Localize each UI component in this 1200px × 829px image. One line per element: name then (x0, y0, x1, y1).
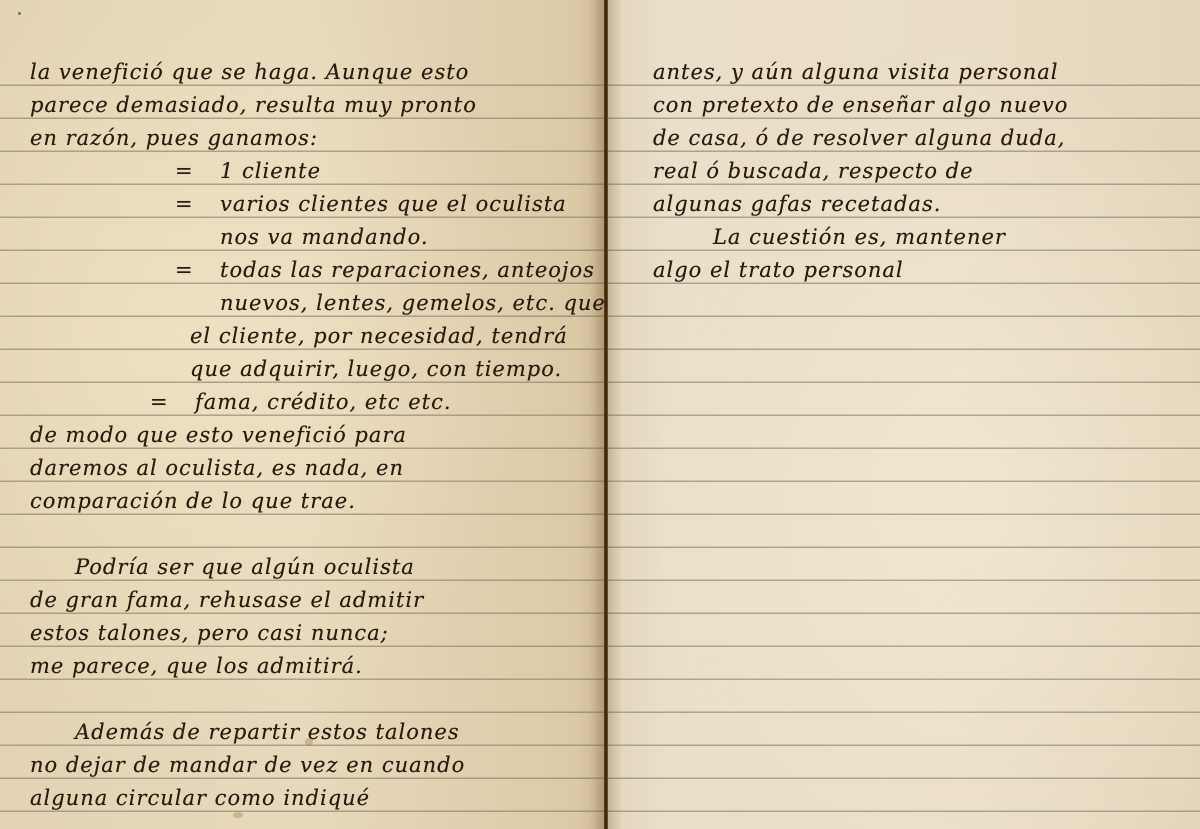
list-item: =fama, crédito, etc etc. (0, 386, 604, 419)
right-page-text: antes, y aún alguna visita personal con … (608, 56, 1200, 287)
list-item-continuation: nos va mandando. (0, 221, 604, 254)
text-line: de casa, ó de resolver alguna duda, (608, 122, 1200, 155)
text-line: daremos al oculista, es nada, en (0, 452, 604, 485)
speck (18, 12, 21, 15)
list-item-text: varios clientes que el oculista (220, 192, 567, 216)
text-line: la venefició que se haga. Aunque esto (0, 56, 604, 89)
list-item-continuation: el cliente, por necesidad, tendrá (0, 320, 604, 353)
right-page: antes, y aún alguna visita personal con … (608, 0, 1200, 829)
text-line: con pretexto de enseñar algo nuevo (608, 89, 1200, 122)
text-line: comparación de lo que trae. (0, 485, 604, 518)
list-marker: = (150, 386, 195, 419)
list-item: =1 cliente (0, 155, 604, 188)
blank-line (0, 518, 604, 551)
list-marker: = (175, 188, 220, 221)
list-marker: = (175, 155, 220, 188)
text-line: parece demasiado, resulta muy pronto (0, 89, 604, 122)
list-item-continuation: que adquirir, luego, con tiempo. (0, 353, 604, 386)
text-line: estos talones, pero casi nunca; (0, 617, 604, 650)
text-line: antes, y aún alguna visita personal (608, 56, 1200, 89)
text-line: alguna circular como indiqué (0, 782, 604, 815)
paragraph-start: La cuestión es, mantener (608, 221, 1200, 254)
text-line: me parece, que los admitirá. (0, 650, 604, 683)
paragraph-start: Podría ser que algún oculista (0, 551, 604, 584)
list-item-text: todas las reparaciones, anteojos (220, 258, 595, 282)
text-line: real ó buscada, respecto de (608, 155, 1200, 188)
left-page-text: la venefició que se haga. Aunque esto pa… (0, 56, 604, 815)
text-line: en razón, pues ganamos: (0, 122, 604, 155)
list-marker: = (175, 254, 220, 287)
text-line: algo el trato personal (608, 254, 1200, 287)
list-item: =varios clientes que el oculista (0, 188, 604, 221)
blank-line (0, 683, 604, 716)
text-line: de gran fama, rehusase el admitir (0, 584, 604, 617)
paragraph-start: Además de repartir estos talones (0, 716, 604, 749)
notebook-spread: la venefició que se haga. Aunque esto pa… (0, 0, 1200, 829)
text-line: no dejar de mandar de vez en cuando (0, 749, 604, 782)
text-line: algunas gafas recetadas. (608, 188, 1200, 221)
list-item-continuation: nuevos, lentes, gemelos, etc. que (0, 287, 604, 320)
list-item-text: fama, crédito, etc etc. (195, 390, 452, 414)
text-line: de modo que esto venefició para (0, 419, 604, 452)
list-item-text: 1 cliente (220, 159, 321, 183)
list-item: =todas las reparaciones, anteojos (0, 254, 604, 287)
left-page: la venefició que se haga. Aunque esto pa… (0, 0, 604, 829)
